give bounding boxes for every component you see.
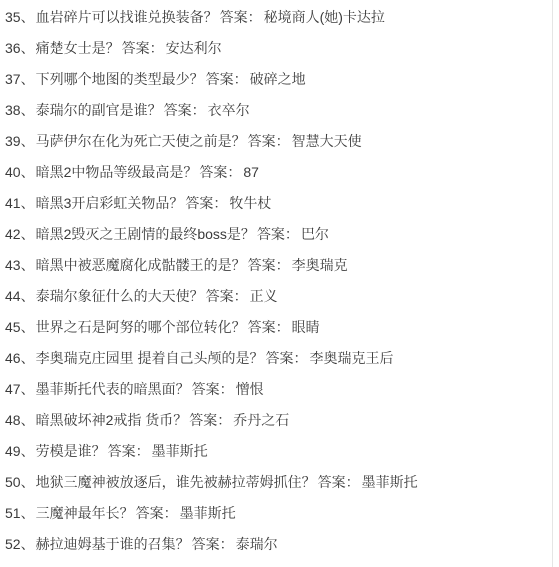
answer-label: 答案： bbox=[206, 288, 248, 304]
qa-question: 赫拉迪姆基于谁的召集？ bbox=[36, 536, 190, 552]
qa-question: 泰瑞尔象征什么的大天使？ bbox=[36, 288, 204, 304]
qa-item: 48、暗黑破坏神2戒指 货币？答案：乔丹之石 bbox=[5, 410, 559, 441]
qa-question: 下列哪个地图的类型最少？ bbox=[36, 71, 204, 87]
qa-answer: 安达利尔 bbox=[166, 40, 222, 56]
answer-label: 答案： bbox=[206, 71, 248, 87]
qa-item: 44、泰瑞尔象征什么的大天使？答案：正义 bbox=[5, 286, 559, 317]
qa-item: 40、暗黑2中物品等级最高是？答案：87 bbox=[5, 162, 559, 193]
qa-answer: 巴尔 bbox=[301, 226, 329, 242]
answer-label: 答案： bbox=[122, 40, 164, 56]
qa-item: 36、痛楚女士是？答案：安达利尔 bbox=[5, 38, 559, 69]
right-divider bbox=[552, 0, 553, 567]
qa-question: 暗黑中被恶魔腐化成骷髅王的是？ bbox=[36, 257, 246, 273]
qa-item: 41、暗黑3开启彩虹关物品？答案：牧牛杖 bbox=[5, 193, 559, 224]
qa-list: 35、血岩碎片可以找谁兑换装备？答案：秘境商人(她)卡达拉 36、痛楚女士是？答… bbox=[0, 0, 559, 565]
qa-item: 35、血岩碎片可以找谁兑换装备？答案：秘境商人(她)卡达拉 bbox=[5, 7, 559, 38]
qa-question: 泰瑞尔的副官是谁？ bbox=[36, 102, 162, 118]
qa-answer: 正义 bbox=[250, 288, 278, 304]
answer-label: 答案： bbox=[108, 443, 150, 459]
answer-label: 答案： bbox=[192, 381, 234, 397]
qa-number: 43、 bbox=[5, 257, 35, 273]
answer-label: 答案： bbox=[248, 133, 290, 149]
qa-question: 暗黑2中物品等级最高是？ bbox=[36, 164, 198, 180]
qa-item: 42、暗黑2毁灭之王剧情的最终boss是？答案：巴尔 bbox=[5, 224, 559, 255]
qa-number: 51、 bbox=[5, 505, 35, 521]
qa-item: 51、三魔神最年长？答案：墨菲斯托 bbox=[5, 503, 559, 534]
qa-answer: 智慧大天使 bbox=[292, 133, 362, 149]
qa-item: 39、马萨伊尔在化为死亡天使之前是？答案：智慧大天使 bbox=[5, 131, 559, 162]
qa-question: 血岩碎片可以找谁兑换装备？ bbox=[36, 9, 218, 25]
qa-number: 39、 bbox=[5, 133, 35, 149]
qa-answer: 秘境商人(她)卡达拉 bbox=[264, 9, 385, 25]
qa-answer: 泰瑞尔 bbox=[236, 536, 278, 552]
qa-question: 三魔神最年长？ bbox=[36, 505, 134, 521]
answer-label: 答案： bbox=[189, 412, 231, 428]
qa-item: 37、下列哪个地图的类型最少？答案：破碎之地 bbox=[5, 69, 559, 100]
qa-number: 35、 bbox=[5, 9, 35, 25]
qa-item: 45、世界之石是阿努的哪个部位转化？答案：眼睛 bbox=[5, 317, 559, 348]
qa-number: 38、 bbox=[5, 102, 35, 118]
qa-answer: 墨菲斯托 bbox=[362, 474, 418, 490]
qa-question: 马萨伊尔在化为死亡天使之前是？ bbox=[36, 133, 246, 149]
answer-label: 答案： bbox=[257, 226, 299, 242]
qa-number: 50、 bbox=[5, 474, 35, 490]
qa-answer: 墨菲斯托 bbox=[180, 505, 236, 521]
qa-number: 52、 bbox=[5, 536, 35, 552]
qa-item: 43、暗黑中被恶魔腐化成骷髅王的是？答案：李奥瑞克 bbox=[5, 255, 559, 286]
qa-number: 37、 bbox=[5, 71, 35, 87]
answer-label: 答案： bbox=[199, 164, 241, 180]
qa-number: 42、 bbox=[5, 226, 35, 242]
qa-question: 痛楚女士是？ bbox=[36, 40, 120, 56]
document-page: 35、血岩碎片可以找谁兑换装备？答案：秘境商人(她)卡达拉 36、痛楚女士是？答… bbox=[0, 0, 559, 567]
qa-question: 世界之石是阿努的哪个部位转化？ bbox=[36, 319, 246, 335]
answer-label: 答案： bbox=[220, 9, 262, 25]
qa-question: 地狱三魔神被放逐后，谁先被赫拉蒂姆抓住？ bbox=[36, 474, 316, 490]
answer-label: 答案： bbox=[185, 195, 227, 211]
qa-question: 暗黑破坏神2戒指 货币？ bbox=[36, 412, 188, 428]
qa-answer: 墨菲斯托 bbox=[152, 443, 208, 459]
qa-question: 墨菲斯托代表的暗黑面？ bbox=[36, 381, 190, 397]
qa-answer: 李奥瑞克 bbox=[292, 257, 348, 273]
answer-label: 答案： bbox=[164, 102, 206, 118]
qa-number: 47、 bbox=[5, 381, 35, 397]
answer-label: 答案： bbox=[192, 536, 234, 552]
answer-label: 答案： bbox=[318, 474, 360, 490]
qa-answer: 李奥瑞克王后 bbox=[309, 350, 393, 366]
qa-number: 36、 bbox=[5, 40, 35, 56]
qa-answer: 眼睛 bbox=[292, 319, 320, 335]
qa-question: 暗黑2毁灭之王剧情的最终boss是？ bbox=[36, 226, 255, 242]
qa-number: 46、 bbox=[5, 350, 35, 366]
qa-number: 44、 bbox=[5, 288, 35, 304]
qa-answer: 衣卒尔 bbox=[208, 102, 250, 118]
qa-item: 49、劳模是谁？答案：墨菲斯托 bbox=[5, 441, 559, 472]
qa-number: 48、 bbox=[5, 412, 35, 428]
qa-answer: 牧牛杖 bbox=[229, 195, 271, 211]
qa-item: 52、赫拉迪姆基于谁的召集？答案：泰瑞尔 bbox=[5, 534, 559, 565]
answer-label: 答案： bbox=[136, 505, 178, 521]
answer-label: 答案： bbox=[265, 350, 307, 366]
qa-number: 40、 bbox=[5, 164, 35, 180]
qa-answer: 破碎之地 bbox=[250, 71, 306, 87]
qa-answer: 憎恨 bbox=[236, 381, 264, 397]
qa-question: 李奥瑞克庄园里 提着自己头颅的是？ bbox=[36, 350, 264, 366]
qa-number: 49、 bbox=[5, 443, 35, 459]
qa-item: 50、地狱三魔神被放逐后，谁先被赫拉蒂姆抓住？答案：墨菲斯托 bbox=[5, 472, 559, 503]
qa-number: 45、 bbox=[5, 319, 35, 335]
qa-answer: 87 bbox=[243, 164, 259, 180]
qa-item: 47、墨菲斯托代表的暗黑面？答案：憎恨 bbox=[5, 379, 559, 410]
qa-answer: 乔丹之石 bbox=[233, 412, 289, 428]
qa-item: 46、李奥瑞克庄园里 提着自己头颅的是？答案：李奥瑞克王后 bbox=[5, 348, 559, 379]
qa-item: 38、泰瑞尔的副官是谁？答案：衣卒尔 bbox=[5, 100, 559, 131]
answer-label: 答案： bbox=[248, 319, 290, 335]
qa-number: 41、 bbox=[5, 195, 35, 211]
qa-question: 劳模是谁？ bbox=[36, 443, 106, 459]
answer-label: 答案： bbox=[248, 257, 290, 273]
qa-question: 暗黑3开启彩虹关物品？ bbox=[36, 195, 184, 211]
